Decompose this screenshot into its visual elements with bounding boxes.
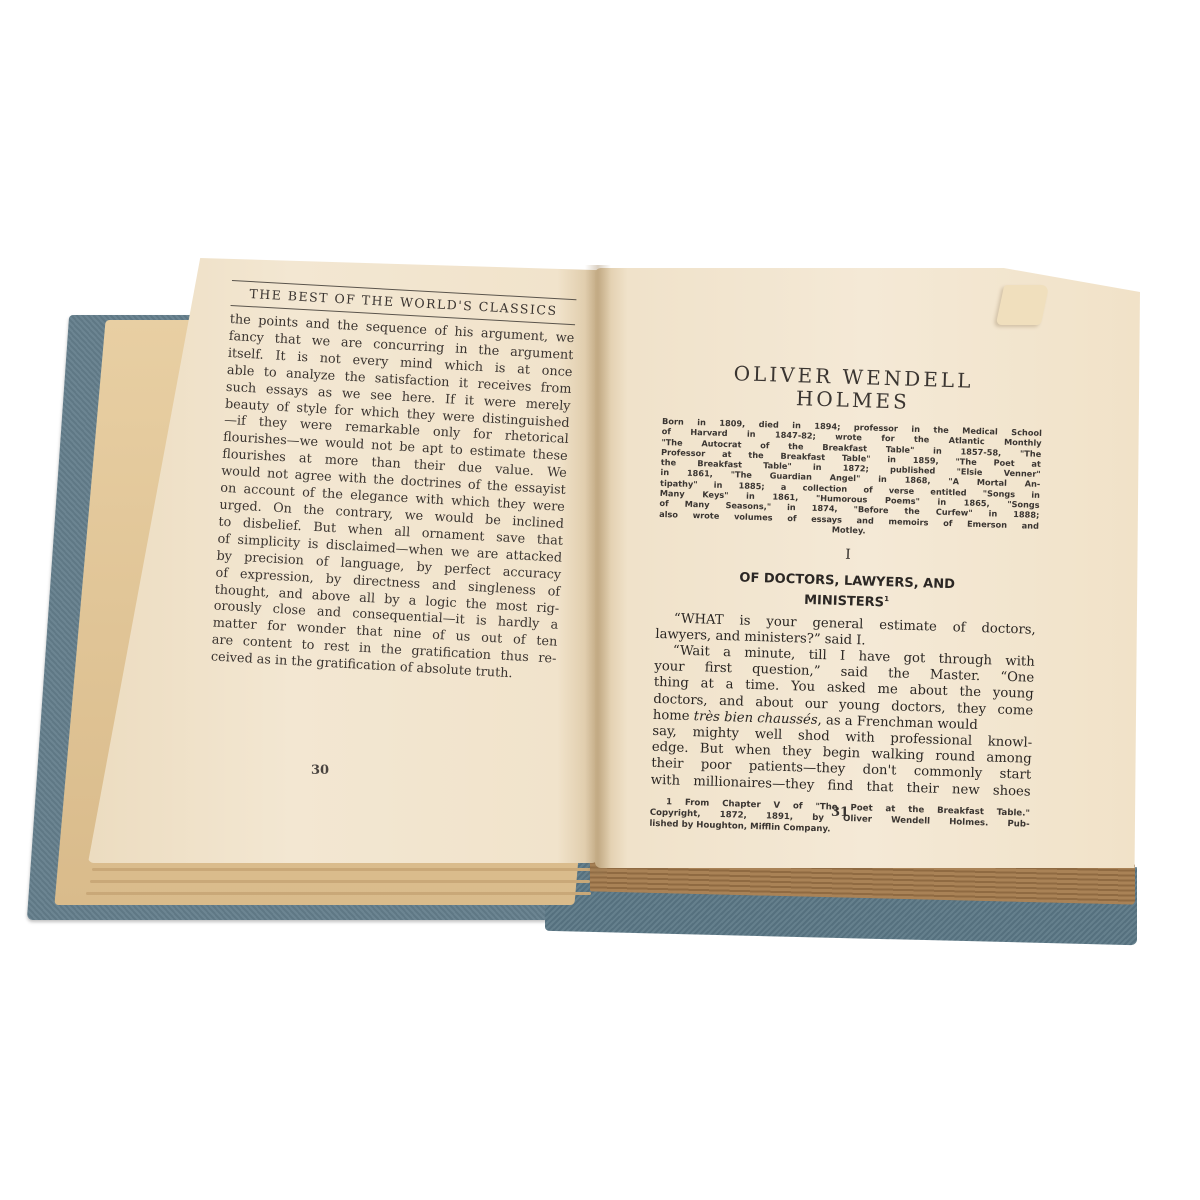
left-page-text: THE BEST OF THE WORLD'S CLASSICS the poi… (210, 280, 576, 686)
page-edge (90, 880, 590, 883)
page-edge (86, 892, 591, 895)
page-edge (92, 868, 592, 871)
chapter-number: I (658, 541, 1038, 569)
chapter-title: OF DOCTORS, LAWYERS, AND MINISTERS1 (656, 567, 1037, 616)
book-gutter (585, 265, 611, 875)
page-number-left: 30 (311, 763, 329, 778)
footnote-marker: 1 (884, 595, 889, 603)
page-number-right: 31 (831, 805, 849, 820)
dog-ear-corner (996, 285, 1050, 325)
author-bio: Born in 1809, died in 1894; professor in… (659, 416, 1042, 541)
body-text: home (653, 708, 690, 724)
chapter-title-line2: MINISTERS (804, 593, 884, 611)
open-book-photo: THE BEST OF THE WORLD'S CLASSICS the poi… (0, 0, 1200, 1200)
right-page-text: OLIVER WENDELL HOLMES Born in 1809, died… (649, 360, 1044, 842)
chapter-body: “WHAT is your general estimate of doctor… (651, 610, 1036, 800)
